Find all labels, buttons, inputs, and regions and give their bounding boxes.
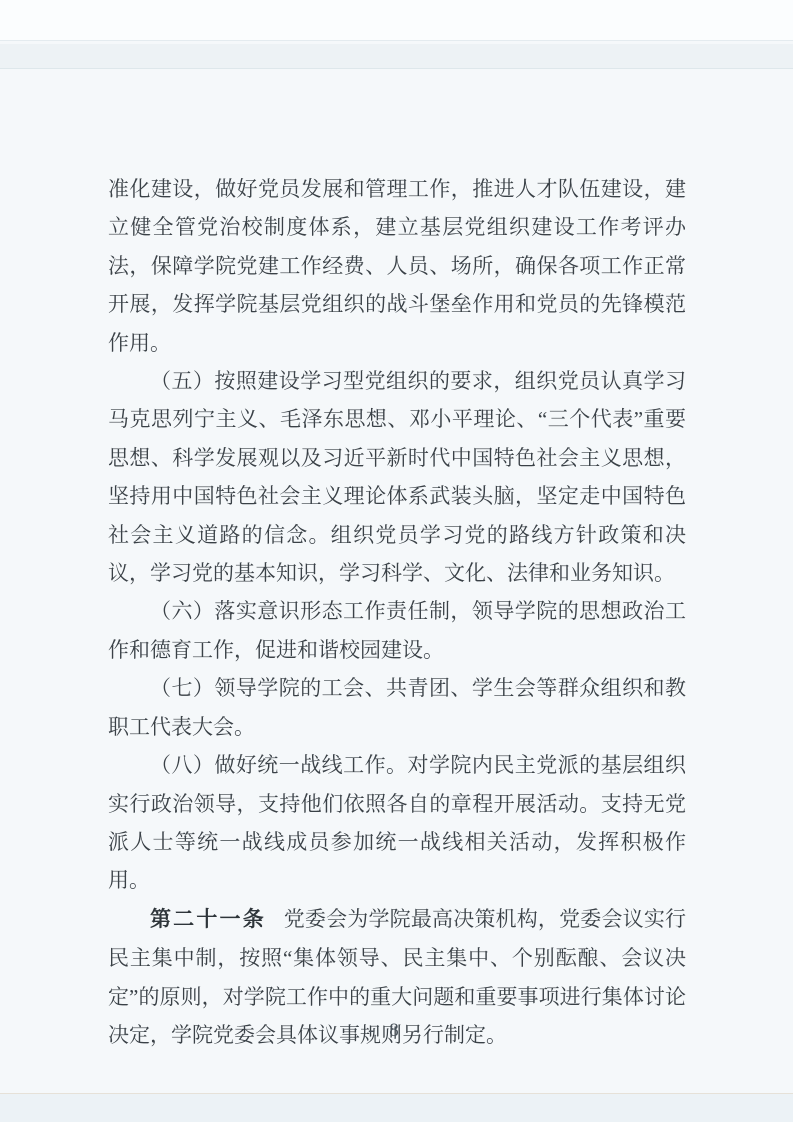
document-paragraph: 准化建设，做好党员发展和管理工作，推进人才队伍建设，建立健全管党治校制度体系，建… xyxy=(108,170,686,362)
document-paragraph: （七）领导学院的工会、共青团、学生会等群众组织和教职工代表大会。 xyxy=(108,669,686,746)
document-paragraph: （五）按照建设学习型党组织的要求，组织党员认真学习马克思列宁主义、毛泽东思想、邓… xyxy=(108,362,686,592)
document-body: 准化建设，做好党员发展和管理工作，推进人才队伍建设，建立健全管党治校制度体系，建… xyxy=(108,170,686,1054)
page-number: - 8 - xyxy=(0,1020,793,1042)
document-paragraph: （六）落实意识形态工作责任制，领导学院的思想政治工作和德育工作，促进和谐校园建设… xyxy=(108,592,686,669)
scan-artifact-top-band xyxy=(0,44,793,69)
scan-artifact-bottom-band xyxy=(0,1094,793,1122)
document-paragraph: （八）做好统一战线工作。对学院内民主党派的基层组织实行政治领导，支持他们依照各自… xyxy=(108,746,686,900)
article-number-bold: 第二十一条 xyxy=(150,908,266,931)
